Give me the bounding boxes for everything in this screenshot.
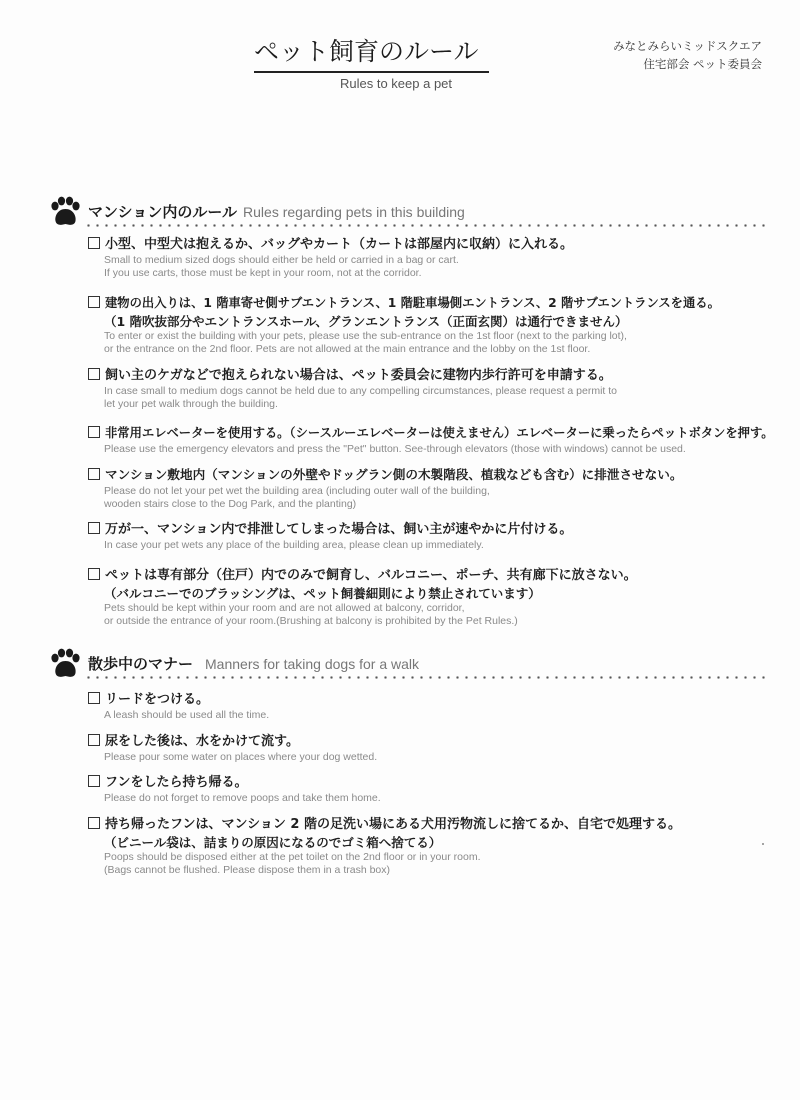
- paw-icon: [48, 648, 82, 680]
- rule-en-line: Please do not let your pet wet the build…: [104, 485, 778, 498]
- dotted-divider: [84, 676, 770, 679]
- rule-en-line: (Bags cannot be flushed. Please dispose …: [104, 864, 778, 877]
- paw-icon: [48, 196, 82, 228]
- org-line-1: みなとみらいミッドスクエア: [613, 37, 762, 55]
- rule-jp: ペットは専有部分（住戸）内でのみで飼育し、バルコニー、ポーチ、共有廊下に放さない…: [105, 568, 637, 583]
- page-subtitle: Rules to keep a pet: [340, 76, 452, 91]
- rule-jp: リードをつける。: [105, 692, 209, 707]
- checkbox-icon: [88, 426, 100, 438]
- checkbox-icon: [88, 468, 100, 480]
- rule-en-line: To enter or exist the building with your…: [104, 330, 778, 343]
- title-underline: [254, 71, 489, 73]
- checkbox-icon: [88, 568, 100, 580]
- rule-item: フンをしたら持ち帰る。 Please do not forget to remo…: [88, 774, 778, 805]
- rule-item: 小型、中型犬は抱えるか、バッグやカート（カートは部屋内に収納）に入れる。 Sma…: [88, 236, 778, 280]
- rule-en-line: Please pour some water on places where y…: [104, 751, 778, 764]
- rule-en: Pets should be kept within your room and…: [88, 602, 778, 628]
- rule-en-line: Poops should be disposed either at the p…: [104, 851, 778, 864]
- rule-jp-note: （1 階吹抜部分やエントランスホール、グランエントランス（正面玄関）は通行できま…: [88, 313, 778, 330]
- checkbox-icon: [88, 296, 100, 308]
- rule-item: 万が一、マンション内で排泄してしまった場合は、飼い主が速やかに片付ける。 In …: [88, 521, 778, 552]
- rule-en: Please pour some water on places where y…: [88, 751, 778, 764]
- rule-item: 飼い主のケガなどで抱えられない場合は、ペット委員会に建物内歩行許可を申請する。 …: [88, 367, 778, 411]
- rule-en: In case your pet wets any place of the b…: [88, 539, 778, 552]
- page-title: ペット飼育のルール: [254, 36, 490, 68]
- rule-item: リードをつける。 A leash should be used all the …: [88, 691, 778, 722]
- checkbox-icon: [88, 817, 100, 829]
- rule-en: Small to medium sized dogs should either…: [88, 254, 778, 280]
- rule-en-line: In case small to medium dogs cannot be h…: [104, 385, 778, 398]
- rule-jp: 飼い主のケガなどで抱えられない場合は、ペット委員会に建物内歩行許可を申請する。: [105, 368, 612, 383]
- section-title-en: Manners for taking dogs for a walk: [205, 656, 419, 672]
- rule-en: Please do not forget to remove poops and…: [88, 792, 778, 805]
- rule-jp: 非常用エレベーターを使用する。（シースルーエレベーターは使えません）エレベーター…: [105, 426, 774, 440]
- rule-item: 建物の出入りは、1 階車寄せ側サブエントランス、1 階駐車場側エントランス、2 …: [88, 294, 778, 356]
- rule-en-line: Please use the emergency elevators and p…: [104, 443, 778, 456]
- section-title-jp: マンション内のルール: [88, 203, 237, 221]
- scan-speck: [762, 843, 764, 845]
- rule-item: 非常用エレベーターを使用する。（シースルーエレベーターは使えません）エレベーター…: [88, 424, 778, 456]
- rule-en: In case small to medium dogs cannot be h…: [88, 385, 778, 411]
- rule-jp: 万が一、マンション内で排泄してしまった場合は、飼い主が速やかに片付ける。: [105, 522, 572, 537]
- rule-item: ペットは専有部分（住戸）内でのみで飼育し、バルコニー、ポーチ、共有廊下に放さない…: [88, 567, 778, 628]
- checkbox-icon: [88, 237, 100, 249]
- checkbox-icon: [88, 734, 100, 746]
- rule-en-line: Pets should be kept within your room and…: [104, 602, 778, 615]
- dotted-divider: [84, 224, 770, 227]
- rule-jp-note: （バルコニーでのブラッシングは、ペット飼養細則により禁止されています）: [88, 585, 778, 602]
- rule-jp: 小型、中型犬は抱えるか、バッグやカート（カートは部屋内に収納）に入れる。: [105, 237, 573, 252]
- rule-en-line: wooden stairs close to the Dog Park, and…: [104, 498, 778, 511]
- section-title-en: Rules regarding pets in this building: [243, 204, 465, 220]
- title-block: ペット飼育のルール: [254, 36, 490, 73]
- checkbox-icon: [88, 368, 100, 380]
- rule-jp: マンション敷地内（マンションの外壁やドッグラン側の木製階段、植栽なども含む）に排…: [105, 467, 682, 482]
- rule-item: マンション敷地内（マンションの外壁やドッグラン側の木製階段、植栽なども含む）に排…: [88, 466, 778, 511]
- section-title-jp: 散歩中のマナー: [88, 655, 193, 673]
- rule-en-line: let your pet walk through the building.: [104, 398, 778, 411]
- section-header-building: マンション内のルールRules regarding pets in this b…: [48, 196, 770, 230]
- rule-en-line: or outside the entrance of your room.(Br…: [104, 615, 778, 628]
- rule-en: Please use the emergency elevators and p…: [88, 443, 778, 456]
- rule-en-line: Small to medium sized dogs should either…: [104, 254, 778, 267]
- section-title: 散歩中のマナーManners for taking dogs for a wal…: [88, 653, 419, 674]
- rule-item: 持ち帰ったフンは、マンション 2 階の足洗い場にある犬用汚物流しに捨てるか、自宅…: [88, 816, 778, 877]
- rule-en-line: A leash should be used all the time.: [104, 709, 778, 722]
- rule-item: 尿をした後は、水をかけて流す。 Please pour some water o…: [88, 733, 778, 764]
- rule-en: Poops should be disposed either at the p…: [88, 851, 778, 877]
- rule-en: Please do not let your pet wet the build…: [88, 485, 778, 511]
- section-header-walk: 散歩中のマナーManners for taking dogs for a wal…: [48, 648, 770, 682]
- rule-en: A leash should be used all the time.: [88, 709, 778, 722]
- rule-en-line: If you use carts, those must be kept in …: [104, 267, 778, 280]
- rule-jp-note: （ビニール袋は、詰まりの原因になるのでゴミ箱へ捨てる）: [88, 834, 778, 851]
- checkbox-icon: [88, 522, 100, 534]
- section-title: マンション内のルールRules regarding pets in this b…: [88, 201, 465, 222]
- checkbox-icon: [88, 775, 100, 787]
- rule-jp: 建物の出入りは、1 階車寄せ側サブエントランス、1 階駐車場側エントランス、2 …: [105, 296, 720, 310]
- checkbox-icon: [88, 692, 100, 704]
- rule-jp: フンをしたら持ち帰る。: [105, 775, 247, 790]
- org-line-2: 住宅部会 ペット委員会: [613, 55, 762, 73]
- rule-en: To enter or exist the building with your…: [88, 330, 778, 356]
- rule-en-line: In case your pet wets any place of the b…: [104, 539, 778, 552]
- rule-jp: 持ち帰ったフンは、マンション 2 階の足洗い場にある犬用汚物流しに捨てるか、自宅…: [105, 817, 681, 832]
- rule-jp: 尿をした後は、水をかけて流す。: [105, 734, 299, 749]
- rule-en-line: or the entrance on the 2nd floor. Pets a…: [104, 343, 778, 356]
- organization: みなとみらいミッドスクエア 住宅部会 ペット委員会: [613, 37, 762, 73]
- rule-en-line: Please do not forget to remove poops and…: [104, 792, 778, 805]
